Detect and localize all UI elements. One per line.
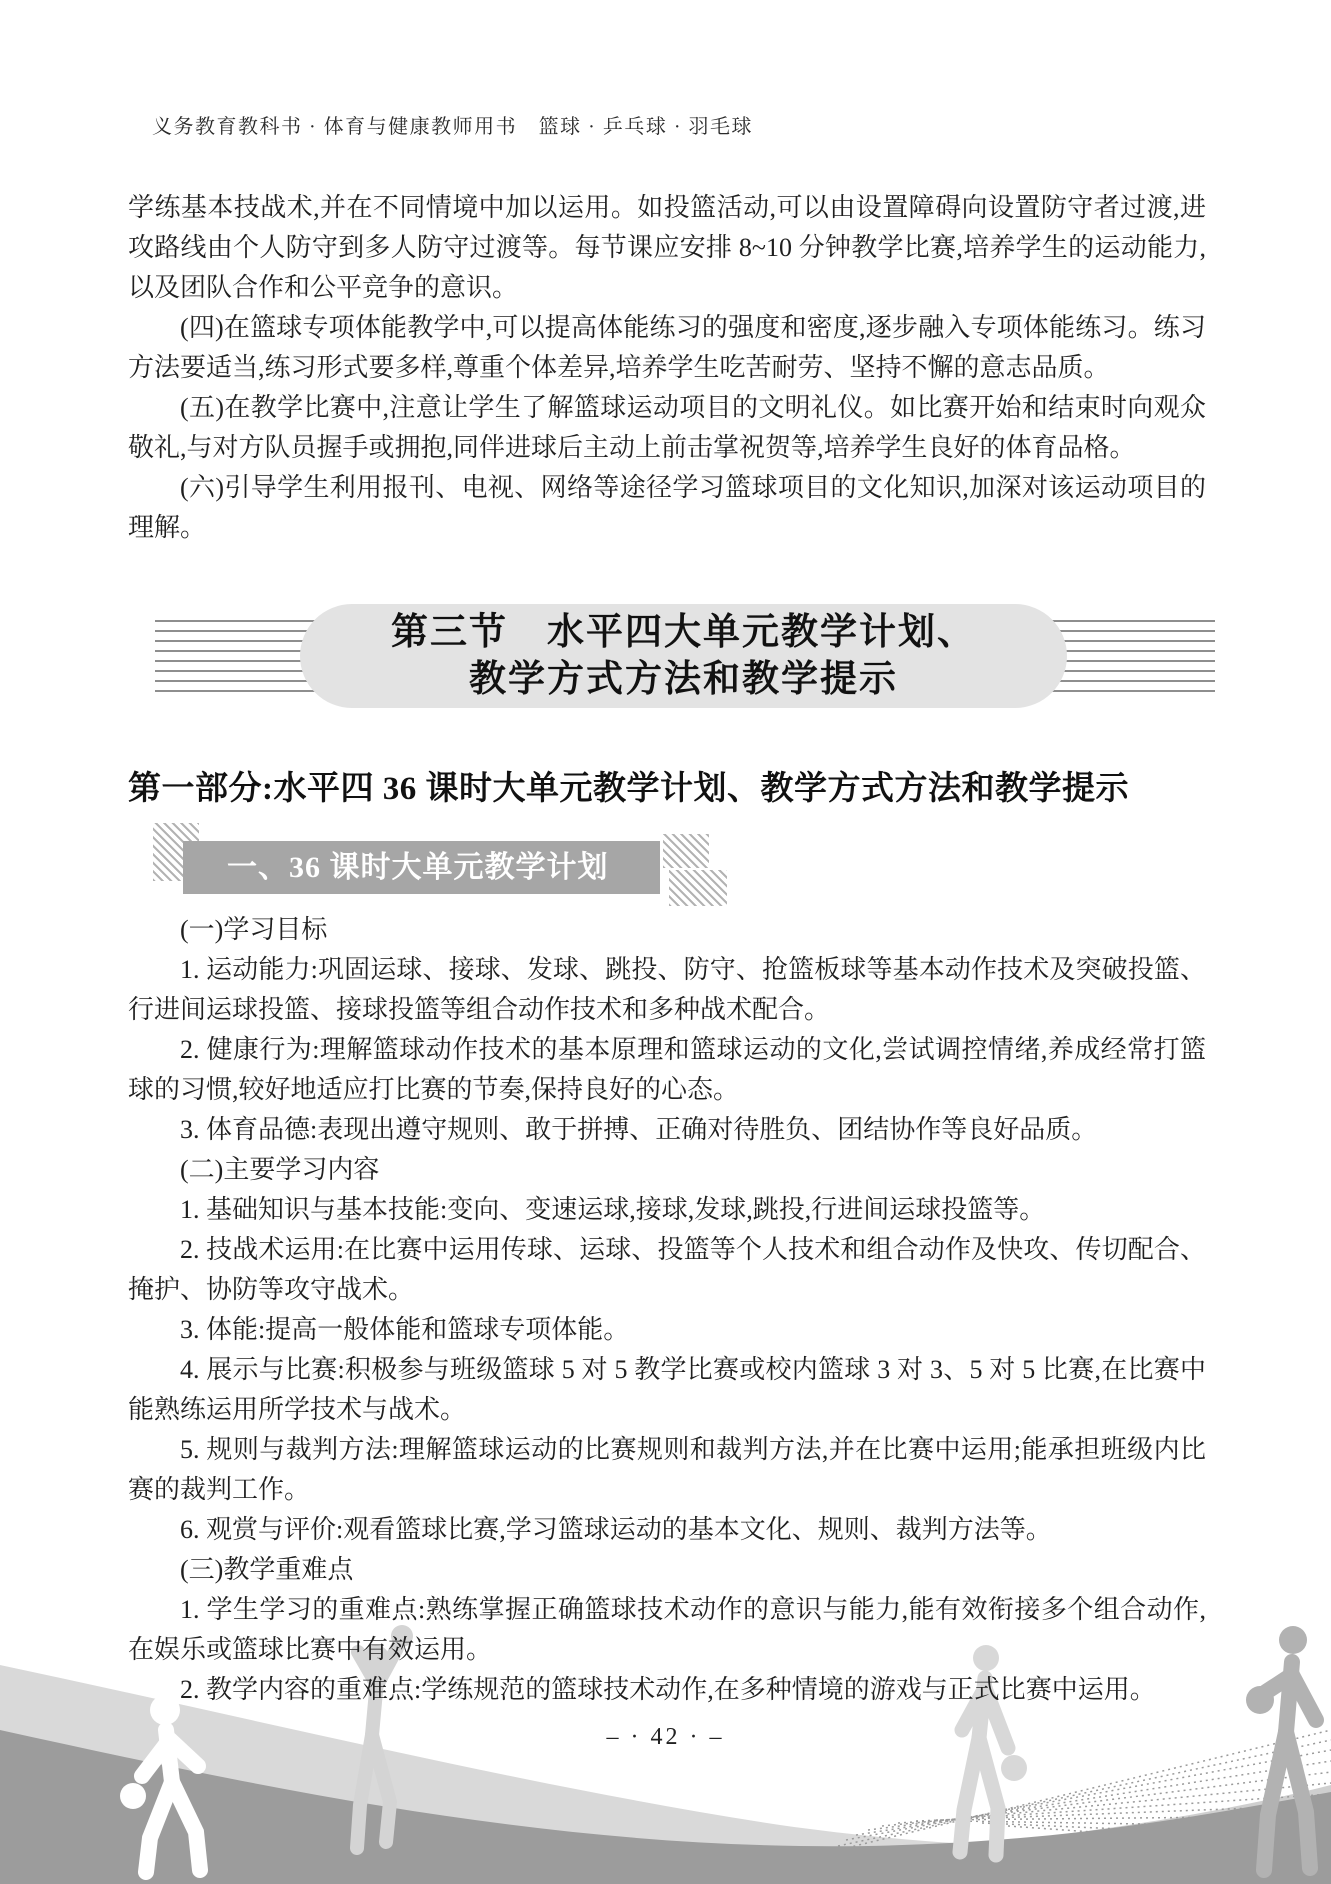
paragraph: 6. 观赏与评价:观看篮球比赛,学习篮球运动的基本文化、规则、裁判方法等。 (128, 1510, 1206, 1550)
paragraph: 4. 展示与比赛:积极参与班级篮球 5 对 5 教学比赛或校内篮球 3 对 3、… (128, 1350, 1206, 1430)
paragraph: 5. 规则与裁判方法:理解篮球运动的比赛规则和裁判方法,并在比赛中运用;能承担班… (128, 1430, 1206, 1510)
paragraph: 1. 学生学习的重难点:熟练掌握正确篮球技术动作的意识与能力,能有效衔接多个组合… (128, 1590, 1206, 1670)
section-heading-line2: 教学方式方法和教学提示 (300, 656, 1067, 703)
page-number: – · 42 · – (0, 1724, 1331, 1751)
paragraph: 3. 体育品德:表现出遵守规则、敢于拼搏、正确对待胜负、团结协作等良好品质。 (128, 1110, 1206, 1150)
paragraph: 2. 技战术运用:在比赛中运用传球、运球、投篮等个人技术和组合动作及快攻、传切配… (128, 1230, 1206, 1310)
hatch-decoration-right-top (663, 834, 709, 868)
section-heading-line1: 第三节 水平四大单元教学计划、 (300, 609, 1067, 656)
paragraph: 2. 健康行为:理解篮球动作技术的基本原理和篮球运动的文化,尝试调控情绪,养成经… (128, 1030, 1206, 1110)
paragraph: 3. 体能:提高一般体能和篮球专项体能。 (128, 1310, 1206, 1350)
section-heading-pill: 第三节 水平四大单元教学计划、 教学方式方法和教学提示 (300, 604, 1067, 708)
paragraph: 2. 教学内容的重难点:学练规范的篮球技术动作,在多种情境的游戏与正式比赛中运用… (128, 1670, 1206, 1710)
section-heading: 第三节 水平四大单元教学计划、 教学方式方法和教学提示 (0, 604, 1331, 710)
paragraph: 学练基本技战术,并在不同情境中加以运用。如投篮活动,可以由设置障碍向设置防守者过… (128, 188, 1206, 308)
paragraph: (一)学习目标 (128, 910, 1206, 950)
unit-banner: 一、36 课时大单元教学计划 (183, 841, 660, 894)
paragraph: (三)教学重难点 (128, 1550, 1206, 1590)
paragraph: (二)主要学习内容 (128, 1150, 1206, 1190)
part-heading: 第一部分:水平四 36 课时大单元教学计划、教学方式方法和教学提示 (128, 762, 1218, 809)
book-page: 义务教育教科书 · 体育与健康教师用书 篮球 · 乒乓球 · 羽毛球 学练基本技… (0, 0, 1331, 1884)
hatch-decoration-right-bottom (669, 870, 727, 906)
paragraph: (六)引导学生利用报刊、电视、网络等途径学习篮球项目的文化知识,加深对该运动项目… (128, 468, 1206, 548)
intro-text-block: 学练基本技战术,并在不同情境中加以运用。如投篮活动,可以由设置障碍向设置防守者过… (128, 188, 1206, 548)
paragraph: 1. 基础知识与基本技能:变向、变速运球,接球,发球,跳投,行进间运球投篮等。 (128, 1190, 1206, 1230)
running-header: 义务教育教科书 · 体育与健康教师用书 篮球 · 乒乓球 · 羽毛球 (152, 110, 753, 139)
paragraph: (五)在教学比赛中,注意让学生了解篮球运动项目的文明礼仪。如比赛开始和结束时向观… (128, 388, 1206, 468)
main-text-block: (一)学习目标 1. 运动能力:巩固运球、接球、发球、跳投、防守、抢篮板球等基本… (128, 910, 1206, 1710)
paragraph: 1. 运动能力:巩固运球、接球、发球、跳投、防守、抢篮板球等基本动作技术及突破投… (128, 950, 1206, 1030)
paragraph: (四)在篮球专项体能教学中,可以提高体能练习的强度和密度,逐步融入专项体能练习。… (128, 308, 1206, 388)
